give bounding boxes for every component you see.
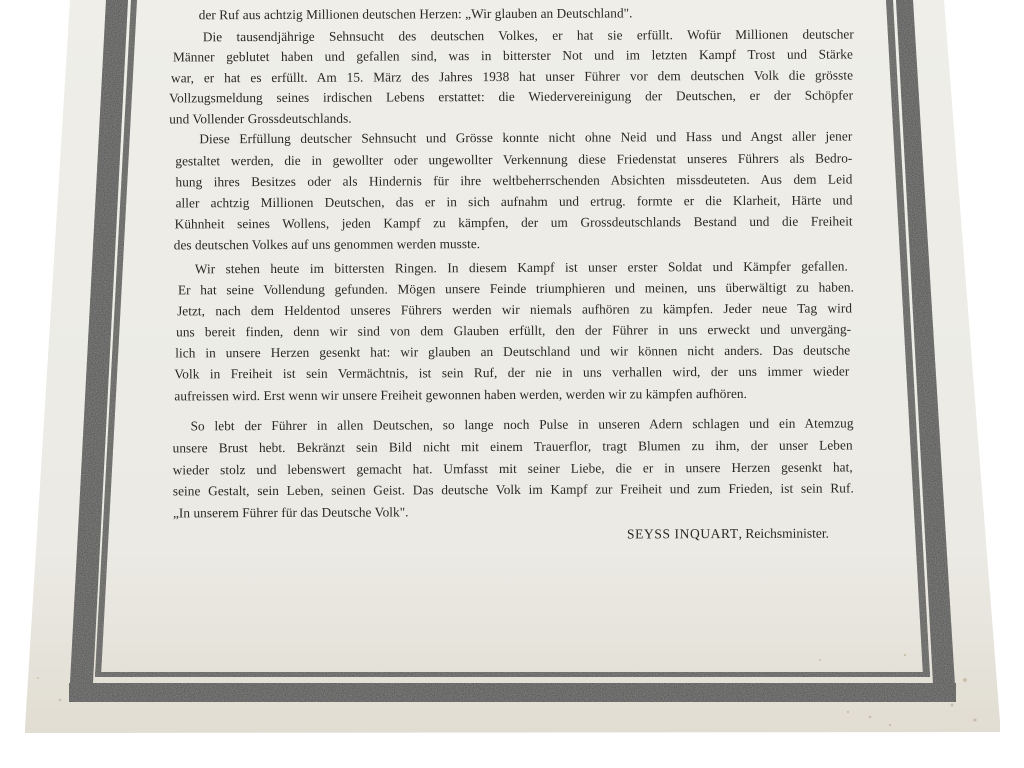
text-line: aller achtzig Millionen Deutschen, das e… xyxy=(176,190,853,213)
text-line: hung ihres Besitzes oder als Hindernis f… xyxy=(175,169,852,192)
text-line: Diese Erfüllung deutscher Sehnsucht und … xyxy=(199,126,852,149)
text-line: Wir stehen heute im bittersten Ringen. I… xyxy=(195,256,848,279)
text-line: Kühnheit seines Wollens, jeden Kampf zu … xyxy=(175,211,853,234)
text-line: uns bereit finden, denn wir sind von dem… xyxy=(176,319,851,342)
text-line: gestaltet werden, die in gewollter oder … xyxy=(175,148,852,171)
text-line: des deutschen Volkes auf uns genommen we… xyxy=(174,234,534,256)
text-line: Volk in Freiheit ist sein Vermächtnis, i… xyxy=(174,361,849,384)
text-line: „In unserem Führer für das Deutsche Volk… xyxy=(173,502,503,523)
signature-name: SEYSS INQUART xyxy=(627,526,739,541)
text-line: und Vollender Grossdeutschlands. xyxy=(169,108,469,129)
text-line: Männer geblutet haben und gefallen sind,… xyxy=(173,44,853,67)
text-line: Jetzt, nach dem Heldentod unseres Führer… xyxy=(177,298,852,321)
text-line: Er hat seine Vollendung gefunden. Mögen … xyxy=(178,277,854,300)
text-line: So lebt der Führer in allen Deutschen, s… xyxy=(191,413,854,436)
text-line: unsere Brust hebt. Bekränzt sein Bild ni… xyxy=(173,435,853,458)
signature-title: , Reichsminister. xyxy=(739,526,829,541)
text-line: lich in unsere Herzen gesenkt hat: wir g… xyxy=(175,340,850,363)
text-line: der Ruf aus achtzig Millionen deutschen … xyxy=(199,3,699,25)
signature: SEYSS INQUART, Reichsminister. xyxy=(627,524,829,545)
proclamation-text: der Ruf aus achtzig Millionen deutschen … xyxy=(0,0,1024,768)
text-line: Vollzugsmeldung seines irdischen Lebens … xyxy=(169,85,853,108)
text-line: wieder stolz und lebenswert gemacht hat.… xyxy=(173,457,853,480)
text-line: aufreissen wird. Erst wenn wir unsere Fr… xyxy=(174,383,849,406)
text-line: Die tausendjährige Sehnsucht des deutsch… xyxy=(203,24,854,47)
text-line: seine Gestalt, sein Leben, seinen Geist.… xyxy=(173,478,854,501)
